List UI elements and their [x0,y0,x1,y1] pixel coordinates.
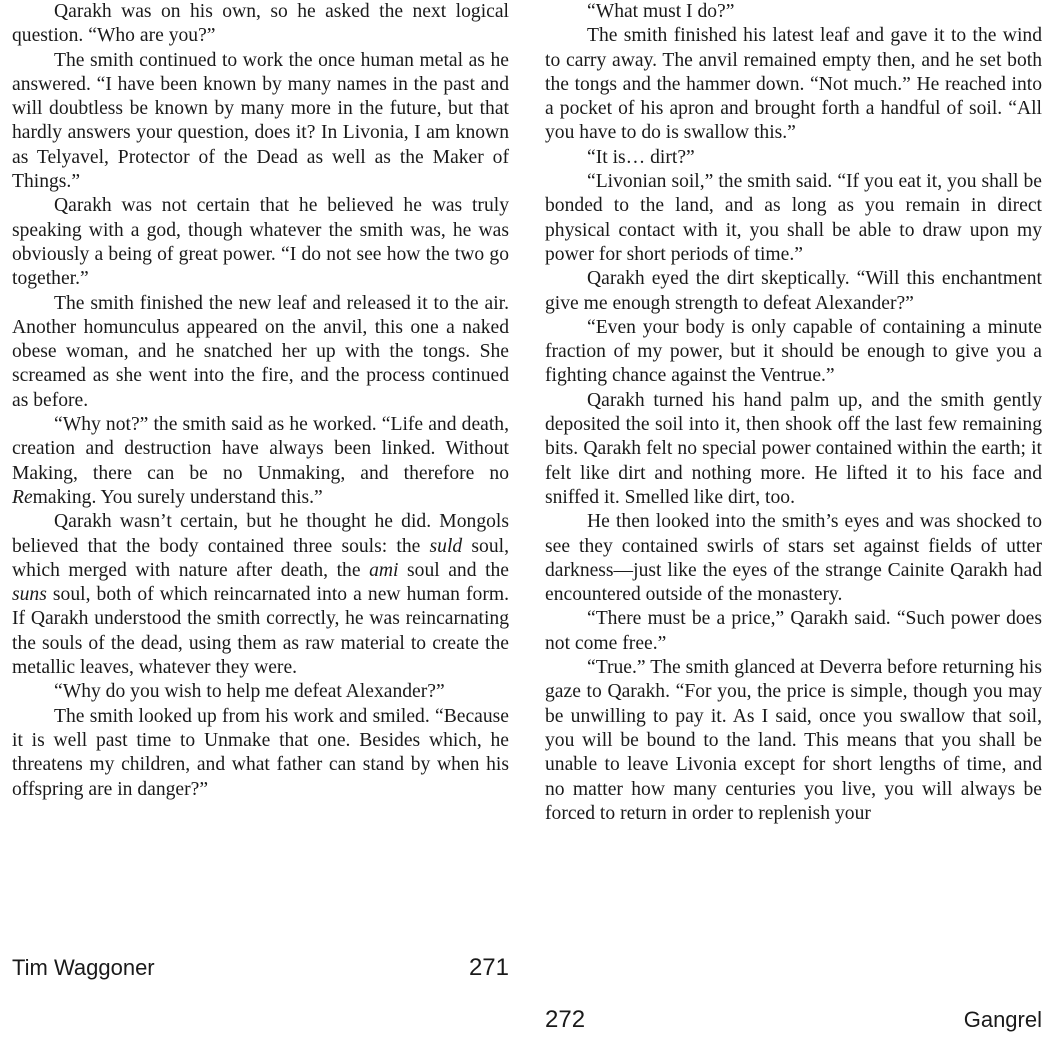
italic-text: suns [12,584,47,605]
italic-text: ami [369,560,398,581]
text-run: “True.” The smith glanced at Deverra bef… [545,657,1042,824]
text-run: “Why not?” the smith said as he worked. … [12,414,509,484]
paragraph: The smith finished the new leaf and rele… [12,292,509,413]
paragraph: “Why not?” the smith said as he worked. … [12,413,509,510]
paragraph: “True.” The smith glanced at Deverra bef… [545,656,1042,826]
text-run: “Why do you wish to help me defeat Alexa… [54,681,445,702]
italic-text: Re [12,487,33,508]
italic-text: suld [430,536,463,557]
paragraph: Qarakh eyed the dirt skeptically. “Will … [545,267,1042,316]
running-head-author: Tim Waggoner [12,955,155,981]
text-run: The smith finished his latest leaf and g… [545,25,1042,143]
page-number-right: 272 [545,1006,585,1034]
left-page-footer: Tim Waggoner 271 [12,954,509,982]
text-run: The smith continued to work the once hum… [12,50,509,192]
text-run: The smith looked up from his work and sm… [12,706,509,800]
left-page-body: Qarakh was on his own, so he asked the n… [12,0,509,802]
paragraph: “What must I do?” [545,0,1042,24]
paragraph: Qarakh wasn’t certain, but he thought he… [12,510,509,680]
running-head-title: Gangrel [964,1007,1042,1033]
text-run: “Even your body is only capable of conta… [545,317,1042,387]
text-run: soul and the [398,560,509,581]
paragraph: “It is… dirt?” [545,146,1042,170]
text-run: making. You surely understand this.” [33,487,323,508]
text-run: “It is… dirt?” [587,147,695,168]
text-run: “What must I do?” [587,1,734,22]
paragraph: Qarakh turned his hand palm up, and the … [545,389,1042,510]
text-run: Qarakh was not certain that he believed … [12,195,509,289]
paragraph: “Why do you wish to help me defeat Alexa… [12,680,509,704]
left-page: Qarakh was on his own, so he asked the n… [12,0,509,802]
paragraph: “Even your body is only capable of conta… [545,316,1042,389]
text-run: “Livonian soil,” the smith said. “If you… [545,171,1042,265]
text-run: He then looked into the smith’s eyes and… [545,511,1042,605]
paragraph: The smith continued to work the once hum… [12,49,509,195]
text-run: Qarakh turned his hand palm up, and the … [545,390,1042,508]
paragraph: The smith looked up from his work and sm… [12,705,509,802]
paragraph: “There must be a price,” Qarakh said. “S… [545,607,1042,656]
right-page-footer: 272 Gangrel [545,1006,1042,1034]
paragraph: The smith finished his latest leaf and g… [545,24,1042,145]
paragraph: Qarakh was on his own, so he asked the n… [12,0,509,49]
right-page: “What must I do?”The smith finished his … [545,0,1042,826]
text-run: soul, both of which reincarnated into a … [12,584,509,678]
paragraph: Qarakh was not certain that he believed … [12,194,509,291]
paragraph: He then looked into the smith’s eyes and… [545,510,1042,607]
text-run: Qarakh eyed the dirt skeptically. “Will … [545,268,1042,313]
paragraph: “Livonian soil,” the smith said. “If you… [545,170,1042,267]
text-run: Qarakh was on his own, so he asked the n… [12,1,509,46]
text-run: “There must be a price,” Qarakh said. “S… [545,608,1042,653]
page-number-left: 271 [469,954,509,982]
right-page-body: “What must I do?”The smith finished his … [545,0,1042,826]
text-run: The smith finished the new leaf and rele… [12,293,509,411]
